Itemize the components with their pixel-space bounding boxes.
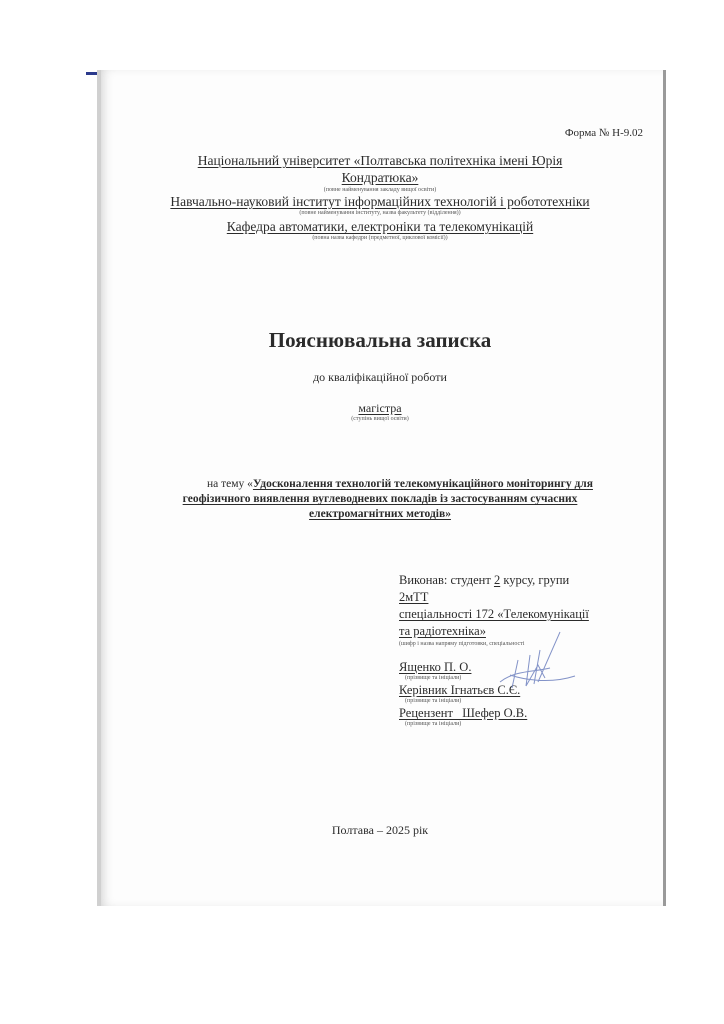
department: Кафедра автоматики, електроніки та телек… [97,219,663,241]
institute: Навчально-науковий інститут інформаційни… [97,194,663,216]
department-name: Кафедра автоматики, електроніки та телек… [97,219,663,235]
university-line-2: Кондратюка» [342,170,419,185]
department-caption: (повна назва кафедри (предметної, циклов… [97,235,663,241]
reviewer-name: Рецензент Шефер О.В. [399,706,527,720]
course-suffix: курсу, групи [500,573,569,587]
specialty-line-1: спеціальності 172 «Телекомунікації [399,606,589,623]
performed-by-label: Виконав: студент [399,573,494,587]
reviewer-caption: (прізвище та ініціали) [399,720,527,729]
topic-prefix: на тему « [207,478,253,490]
university-caption: (повне найменування закладу вищої освіти… [97,186,663,194]
supervisor-caption: (прізвище та ініціали) [399,697,527,706]
degree-caption: (ступінь вищої освіти) [97,416,663,422]
institute-caption: (повне найменування інституту, назва фак… [97,210,663,216]
document-title: Пояснювальна записка [97,328,663,353]
topic-line-3: електромагнітних методів» [309,508,451,520]
institute-name: Навчально-науковий інститут інформаційни… [97,194,663,210]
document-page: Форма № Н-9.02 Національний університет … [97,70,666,906]
degree: магістра (ступінь вищої освіти) [97,401,663,422]
topic-line-1: Удосконалення технологій телекомунікацій… [253,478,593,490]
university-line-1: Національний університет «Полтавська пол… [97,152,663,169]
university-name: Національний університет «Полтавська пол… [97,152,663,194]
degree-value: магістра [97,401,663,416]
signature-icon [490,630,580,690]
form-number: Форма № Н-9.02 [565,127,643,139]
thesis-topic: на тему «Удосконалення технологій телеко… [97,477,663,522]
topic-line-2: геофізичного виявлення вуглеводневих пок… [183,493,578,505]
group-value: 2мТТ [399,589,589,606]
document-subtitle: до кваліфікаційної роботи [97,370,663,385]
city-year: Полтава – 2025 рік [97,823,663,838]
